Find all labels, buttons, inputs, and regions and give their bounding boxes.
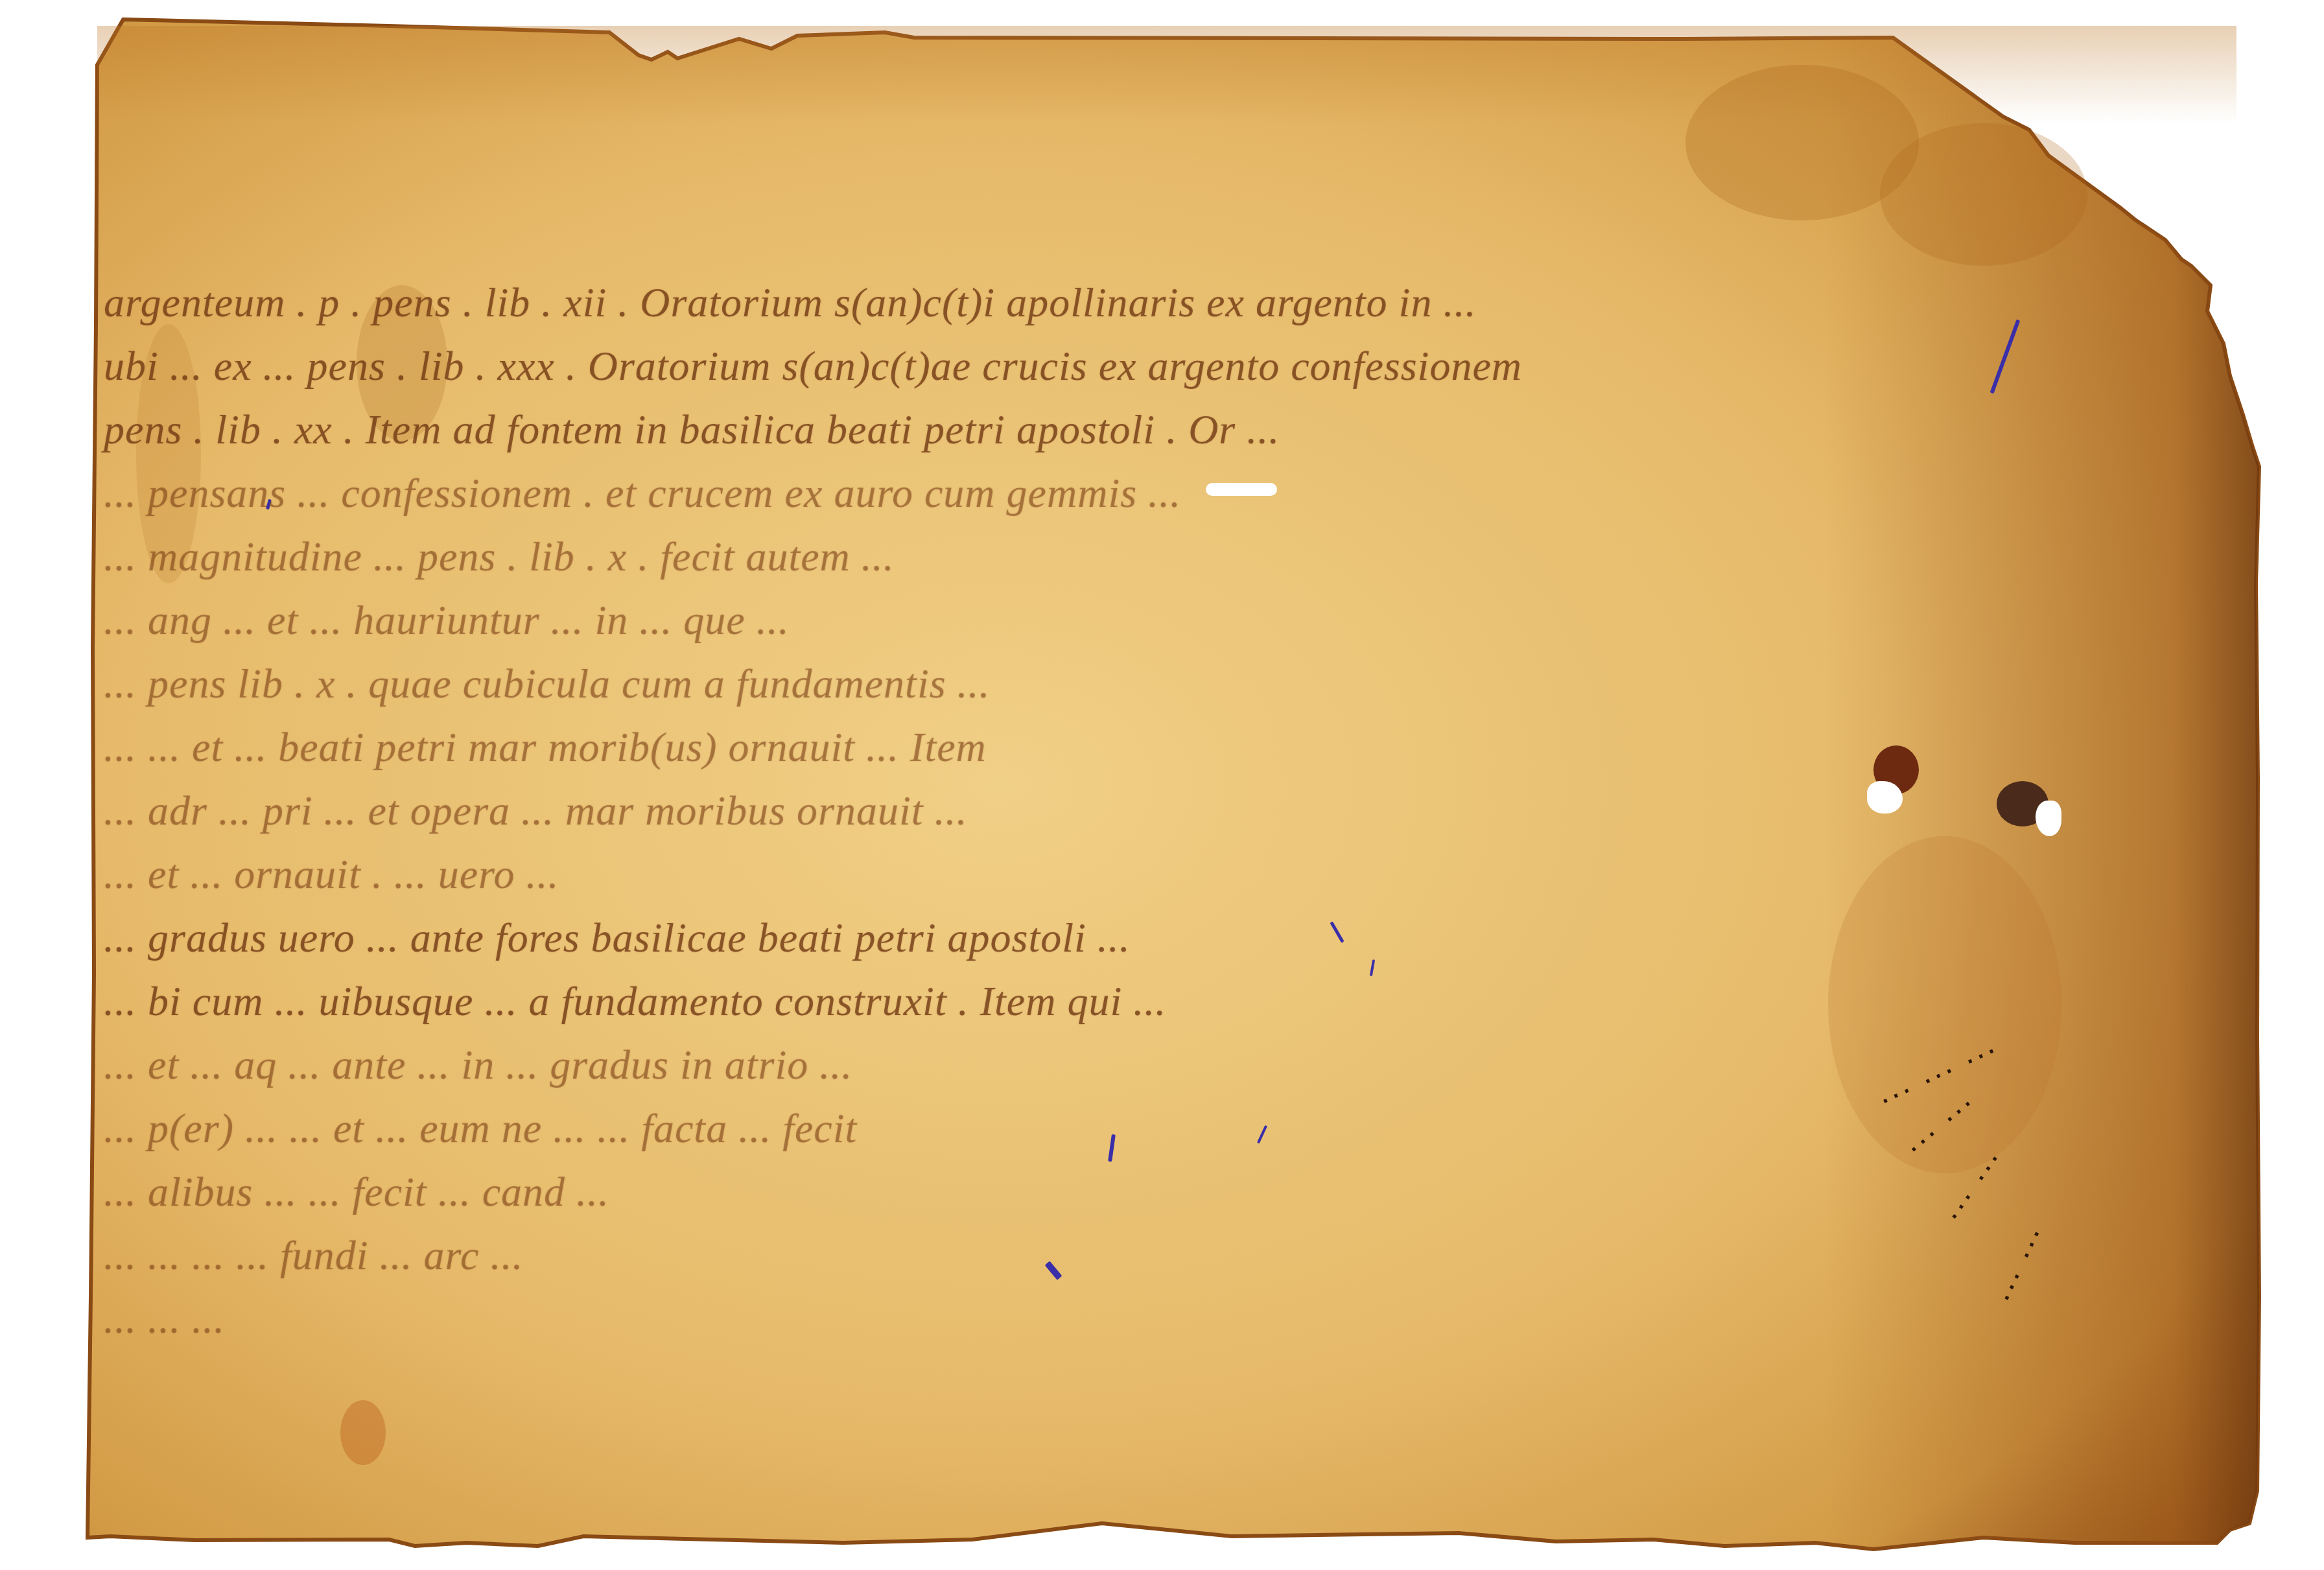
stamp-line: ... ... (1938, 1145, 2004, 1225)
text-line: ... alibus ... ... fecit ... cand ... (104, 1168, 609, 1216)
text-line: argenteum . p . pens . lib . xii . Orato… (104, 279, 1476, 327)
hole (1206, 483, 1277, 496)
offset-stamp-mark: ... ... ... ... ... ... ... ... ... (1873, 1063, 2120, 1361)
text-line: ... pensans ... confessionem . et crucem… (104, 469, 1181, 517)
text-line: ... et ... aq ... ante ... in ... gradus… (104, 1041, 852, 1089)
text-line: ... ang ... et ... hauriuntur ... in ...… (104, 596, 790, 644)
hole (1867, 781, 1903, 814)
hole (2036, 801, 2061, 836)
text-line: ... ... ... (104, 1295, 225, 1343)
text-line: ... gradus uero ... ante fores basilicae… (104, 914, 1131, 962)
text-line: pens . lib . xx . Item ad fontem in basi… (104, 406, 1280, 454)
text-line: ... ... et ... beati petri mar morib(us)… (104, 723, 987, 771)
text-line: ... adr ... pri ... et opera ... mar mor… (104, 787, 968, 835)
text-line: ... et ... ornauit . ... uero ... (104, 850, 559, 898)
text-line: ... magnitudine ... pens . lib . x . fec… (104, 533, 895, 581)
stamp-line: ... ... (1899, 1088, 1977, 1158)
text-line: ubi ... ex ... pens . lib . xxx . Orator… (104, 342, 1522, 390)
stamp-line: ... ... (1990, 1222, 2045, 1306)
parchment-leaf: argenteum . p . pens . lib . xii . Orato… (0, 0, 2324, 1570)
text-line: ... pens lib . x . quae cubicula cum a f… (104, 660, 991, 708)
text-line: ... ... ... ... fundi ... arc ... (104, 1232, 524, 1280)
text-line: ... p(er) ... ... et ... eum ne ... ... … (104, 1105, 857, 1153)
text-line: ... bi cum ... uibusque ... a fundamento… (104, 978, 1166, 1025)
